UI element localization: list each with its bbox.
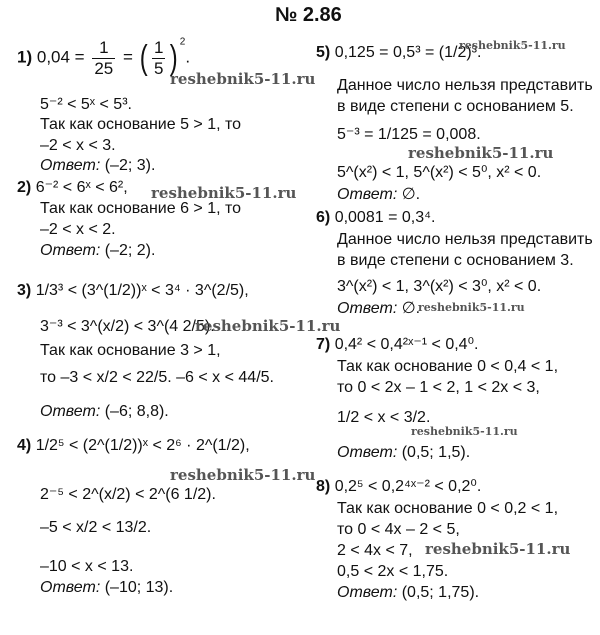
- answer: Ответ: (–6; 8,8).: [40, 404, 169, 420]
- item-number: 6): [316, 209, 330, 226]
- item-number: 7): [316, 336, 330, 353]
- answer: Ответ: (–2; 2).: [40, 243, 155, 259]
- problem-title: № 2.86: [275, 5, 342, 25]
- watermark: reshebnik5-11.ru: [170, 468, 315, 483]
- watermark: reshebnik5-11.ru: [151, 186, 296, 201]
- fraction: 125: [92, 38, 115, 78]
- item-number: 5): [316, 44, 330, 61]
- answer: Ответ: (0,5; 1,5).: [337, 445, 470, 461]
- watermark: reshebnik5-11.ru: [418, 302, 525, 313]
- watermark: reshebnik5-11.ru: [459, 40, 566, 51]
- watermark: reshebnik5-11.ru: [170, 72, 315, 87]
- fraction: 15: [152, 38, 165, 78]
- answer: Ответ: ∅.: [337, 187, 420, 203]
- answer: Ответ: (–10; 13).: [40, 580, 173, 596]
- item-number: 4): [17, 437, 31, 454]
- watermark: reshebnik5-11.ru: [408, 146, 553, 161]
- watermark: reshebnik5-11.ru: [195, 319, 340, 334]
- line: –2 < x < 3.: [40, 138, 116, 154]
- answer: Ответ: ∅.: [337, 301, 420, 317]
- item-number: 1): [17, 48, 32, 67]
- answer: Ответ: (0,5; 1,75).: [337, 585, 479, 601]
- item-number: 8): [316, 478, 330, 495]
- line: Так как основание 5 > 1, то: [40, 117, 241, 133]
- line: 5⁻² < 5ˣ < 5³.: [40, 97, 132, 113]
- watermark: reshebnik5-11.ru: [411, 426, 518, 437]
- answer: Ответ: (–2; 3).: [40, 158, 155, 174]
- item-number: 2): [17, 179, 31, 196]
- watermark: reshebnik5-11.ru: [425, 542, 570, 557]
- item-number: 3): [17, 282, 31, 299]
